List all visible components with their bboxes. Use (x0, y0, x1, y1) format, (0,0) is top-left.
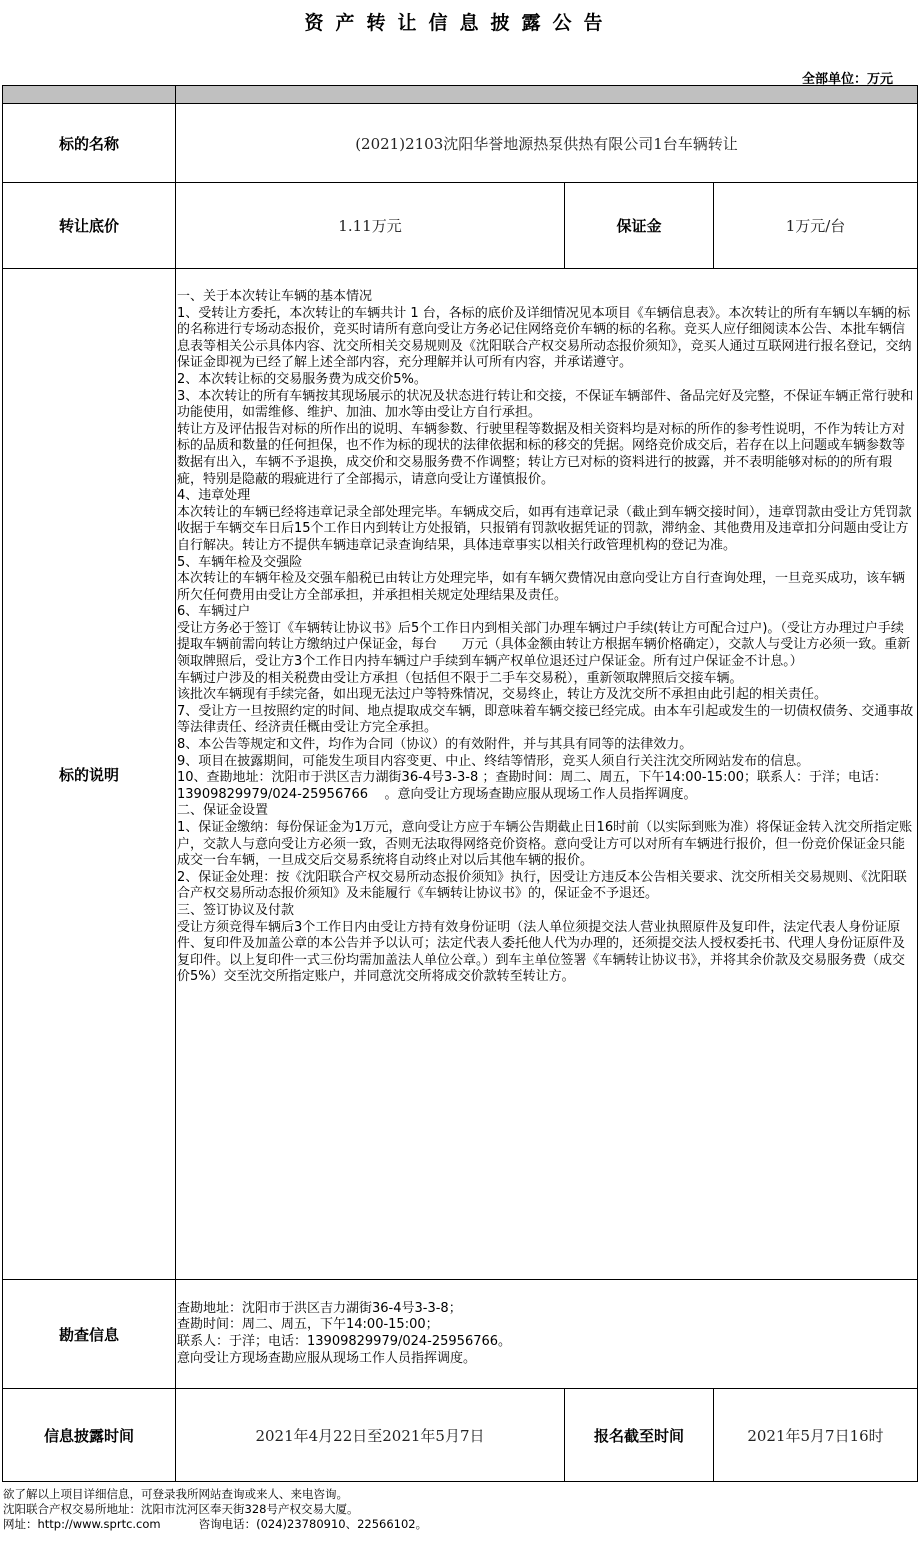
inspection-address: 查勘地址：沈阳市于洪区吉力湖街36-4号3-3-8； (177, 1301, 917, 1318)
description-paragraph: 转让方及评估报告对标的所作出的说明、车辆参数、行驶里程等数据及相关资料均是对标的… (177, 422, 915, 488)
registration-deadline-value: 2021年5月7日16时 (714, 1389, 918, 1482)
description-paragraph: 1、受转让方委托，本次转让的车辆共计 1 台，各标的底价及详细情况见本项目《车辆… (177, 306, 915, 372)
disclosure-period-value: 2021年4月22日至2021年5月7日 (176, 1389, 565, 1482)
row-description: 标的说明 一、关于本次转让车辆的基本情况1、受转让方委托，本次转让的车辆共计 1… (3, 269, 918, 1280)
description-paragraph: 一、关于本次转让车辆的基本情况 (177, 289, 915, 306)
description-paragraph: 本次转让的车辆年检及交强车船税已由转让方处理完毕，如有车辆欠费情况由意向受让方自… (177, 571, 915, 604)
header-cell-left (3, 86, 176, 104)
inspection-time: 查勘时间：周二、周五，下午14:00-15:00； (177, 1317, 917, 1334)
description-paragraph: 三、签订协议及付款 (177, 903, 915, 920)
description-paragraph: 9、项目在披露期间，可能发生项目内容变更、中止、终结等情形，竞买人须自行关注沈交… (177, 754, 915, 771)
row-timing: 信息披露时间 2021年4月22日至2021年5月7日 报名截至时间 2021年… (3, 1389, 918, 1482)
footer: 欲了解以上项目详细信息，可登录我所网站查询或来人、来电咨询。 沈阳联合产权交易所… (3, 1487, 427, 1532)
phone-label: 咨询电话： (199, 1517, 257, 1531)
description-paragraphs: 一、关于本次转让车辆的基本情况1、受转让方委托，本次转让的车辆共计 1 台，各标… (177, 269, 915, 1006)
disclosure-table: 标的名称 (2021)2103沈阳华誉地源热泵供热有限公司1台车辆转让 转让底价… (2, 85, 918, 1482)
description-paragraph: 受让方务必于签订《车辆转让协议书》后5个工作日内到相关部门办理车辆过户手续(转让… (177, 621, 915, 671)
asset-name-label: 标的名称 (3, 104, 176, 183)
description-paragraph: 6、车辆过户 (177, 604, 915, 621)
asset-name-value: (2021)2103沈阳华誉地源热泵供热有限公司1台车辆转让 (176, 104, 918, 183)
reserve-price-label: 转让底价 (3, 183, 176, 269)
row-price: 转让底价 1.11万元 保证金 1万元/台 (3, 183, 918, 269)
table-header-row (3, 86, 918, 104)
description-paragraph: 该批次车辆现有手续完备，如出现无法过户等特殊情况，交易终止，转让方及沈交所不承担… (177, 687, 915, 704)
phone-number: (024)23780910、22566102。 (256, 1517, 427, 1531)
footer-contact-line: 网址：http://www.sprtc.com咨询电话：(024)2378091… (3, 1517, 427, 1532)
description-paragraph: 8、本公告等规定和文件，均作为合同（协议）的有效附件，并与其具有同等的法律效力。 (177, 737, 915, 754)
inspection-body: 查勘地址：沈阳市于洪区吉力湖街36-4号3-3-8； 查勘时间：周二、周五，下午… (176, 1280, 918, 1389)
deposit-label: 保证金 (565, 183, 714, 269)
inspection-contact: 联系人：于洋；电话：13909829979/024-25956766。 (177, 1334, 917, 1351)
description-paragraph: 3、本次转让的所有车辆按其现场展示的状况及状态进行转让和交接，不保证车辆部件、备… (177, 389, 915, 422)
description-paragraph: 2、本次转让标的交易服务费为成交价5%。 (177, 372, 915, 389)
description-paragraph: 10、查勘地址：沈阳市于洪区吉力湖街36-4号3-3-8 ；查勘时间：周二、周五… (177, 770, 915, 803)
row-asset-name: 标的名称 (2021)2103沈阳华誉地源热泵供热有限公司1台车辆转让 (3, 104, 918, 183)
description-paragraph: 2、保证金处理：按《沈阳联合产权交易所动态报价须知》执行，因受让方违反本公告相关… (177, 870, 915, 903)
description-paragraph: 受让方须竞得车辆后3个工作日内由受让方持有效身份证明（法人单位须提交法人营业执照… (177, 920, 915, 986)
registration-deadline-label: 报名截至时间 (565, 1389, 714, 1482)
footer-inquiry-note: 欲了解以上项目详细信息，可登录我所网站查询或来人、来电咨询。 (3, 1487, 427, 1502)
description-body: 一、关于本次转让车辆的基本情况1、受转让方委托，本次转让的车辆共计 1 台，各标… (176, 269, 918, 1280)
website-link[interactable]: http://www.sprtc.com (38, 1517, 161, 1531)
reserve-price-value: 1.11万元 (176, 183, 565, 269)
disclosure-period-label: 信息披露时间 (3, 1389, 176, 1482)
description-paragraph: 1、保证金缴纳：每份保证金为1万元，意向受让方应于车辆公告期截止日16时前（以实… (177, 820, 915, 870)
row-inspection: 勘查信息 查勘地址：沈阳市于洪区吉力湖街36-4号3-3-8； 查勘时间：周二、… (3, 1280, 918, 1389)
description-paragraph: 5、车辆年检及交强险 (177, 555, 915, 572)
website-label: 网址： (3, 1517, 38, 1531)
deposit-value: 1万元/台 (714, 183, 918, 269)
inspection-label: 勘查信息 (3, 1280, 176, 1389)
description-paragraph: 二、保证金设置 (177, 803, 915, 820)
description-paragraph: 7、受让方一旦按照约定的时间、地点提取成交车辆，即意味着车辆交接已经完成。由本车… (177, 704, 915, 737)
description-label: 标的说明 (3, 269, 176, 1280)
page-title: 资产转让信息披露公告 (0, 8, 919, 35)
header-cell-right (176, 86, 918, 104)
description-paragraph: 4、违章处理 (177, 488, 915, 505)
inspection-note: 意向受让方现场查勘应服从现场工作人员指挥调度。 (177, 1351, 917, 1368)
description-paragraph: 本次转让的车辆已经将违章记录全部处理完毕。车辆成交后，如再有违章记录（截止到车辆… (177, 505, 915, 555)
description-paragraph: 车辆过户涉及的相关税费由受让方承担（包括但不限于二手车交易税），重新领取牌照后交… (177, 671, 915, 688)
footer-address: 沈阳联合产权交易所地址：沈阳市沈河区奉天街328号产权交易大厦。 (3, 1502, 427, 1517)
